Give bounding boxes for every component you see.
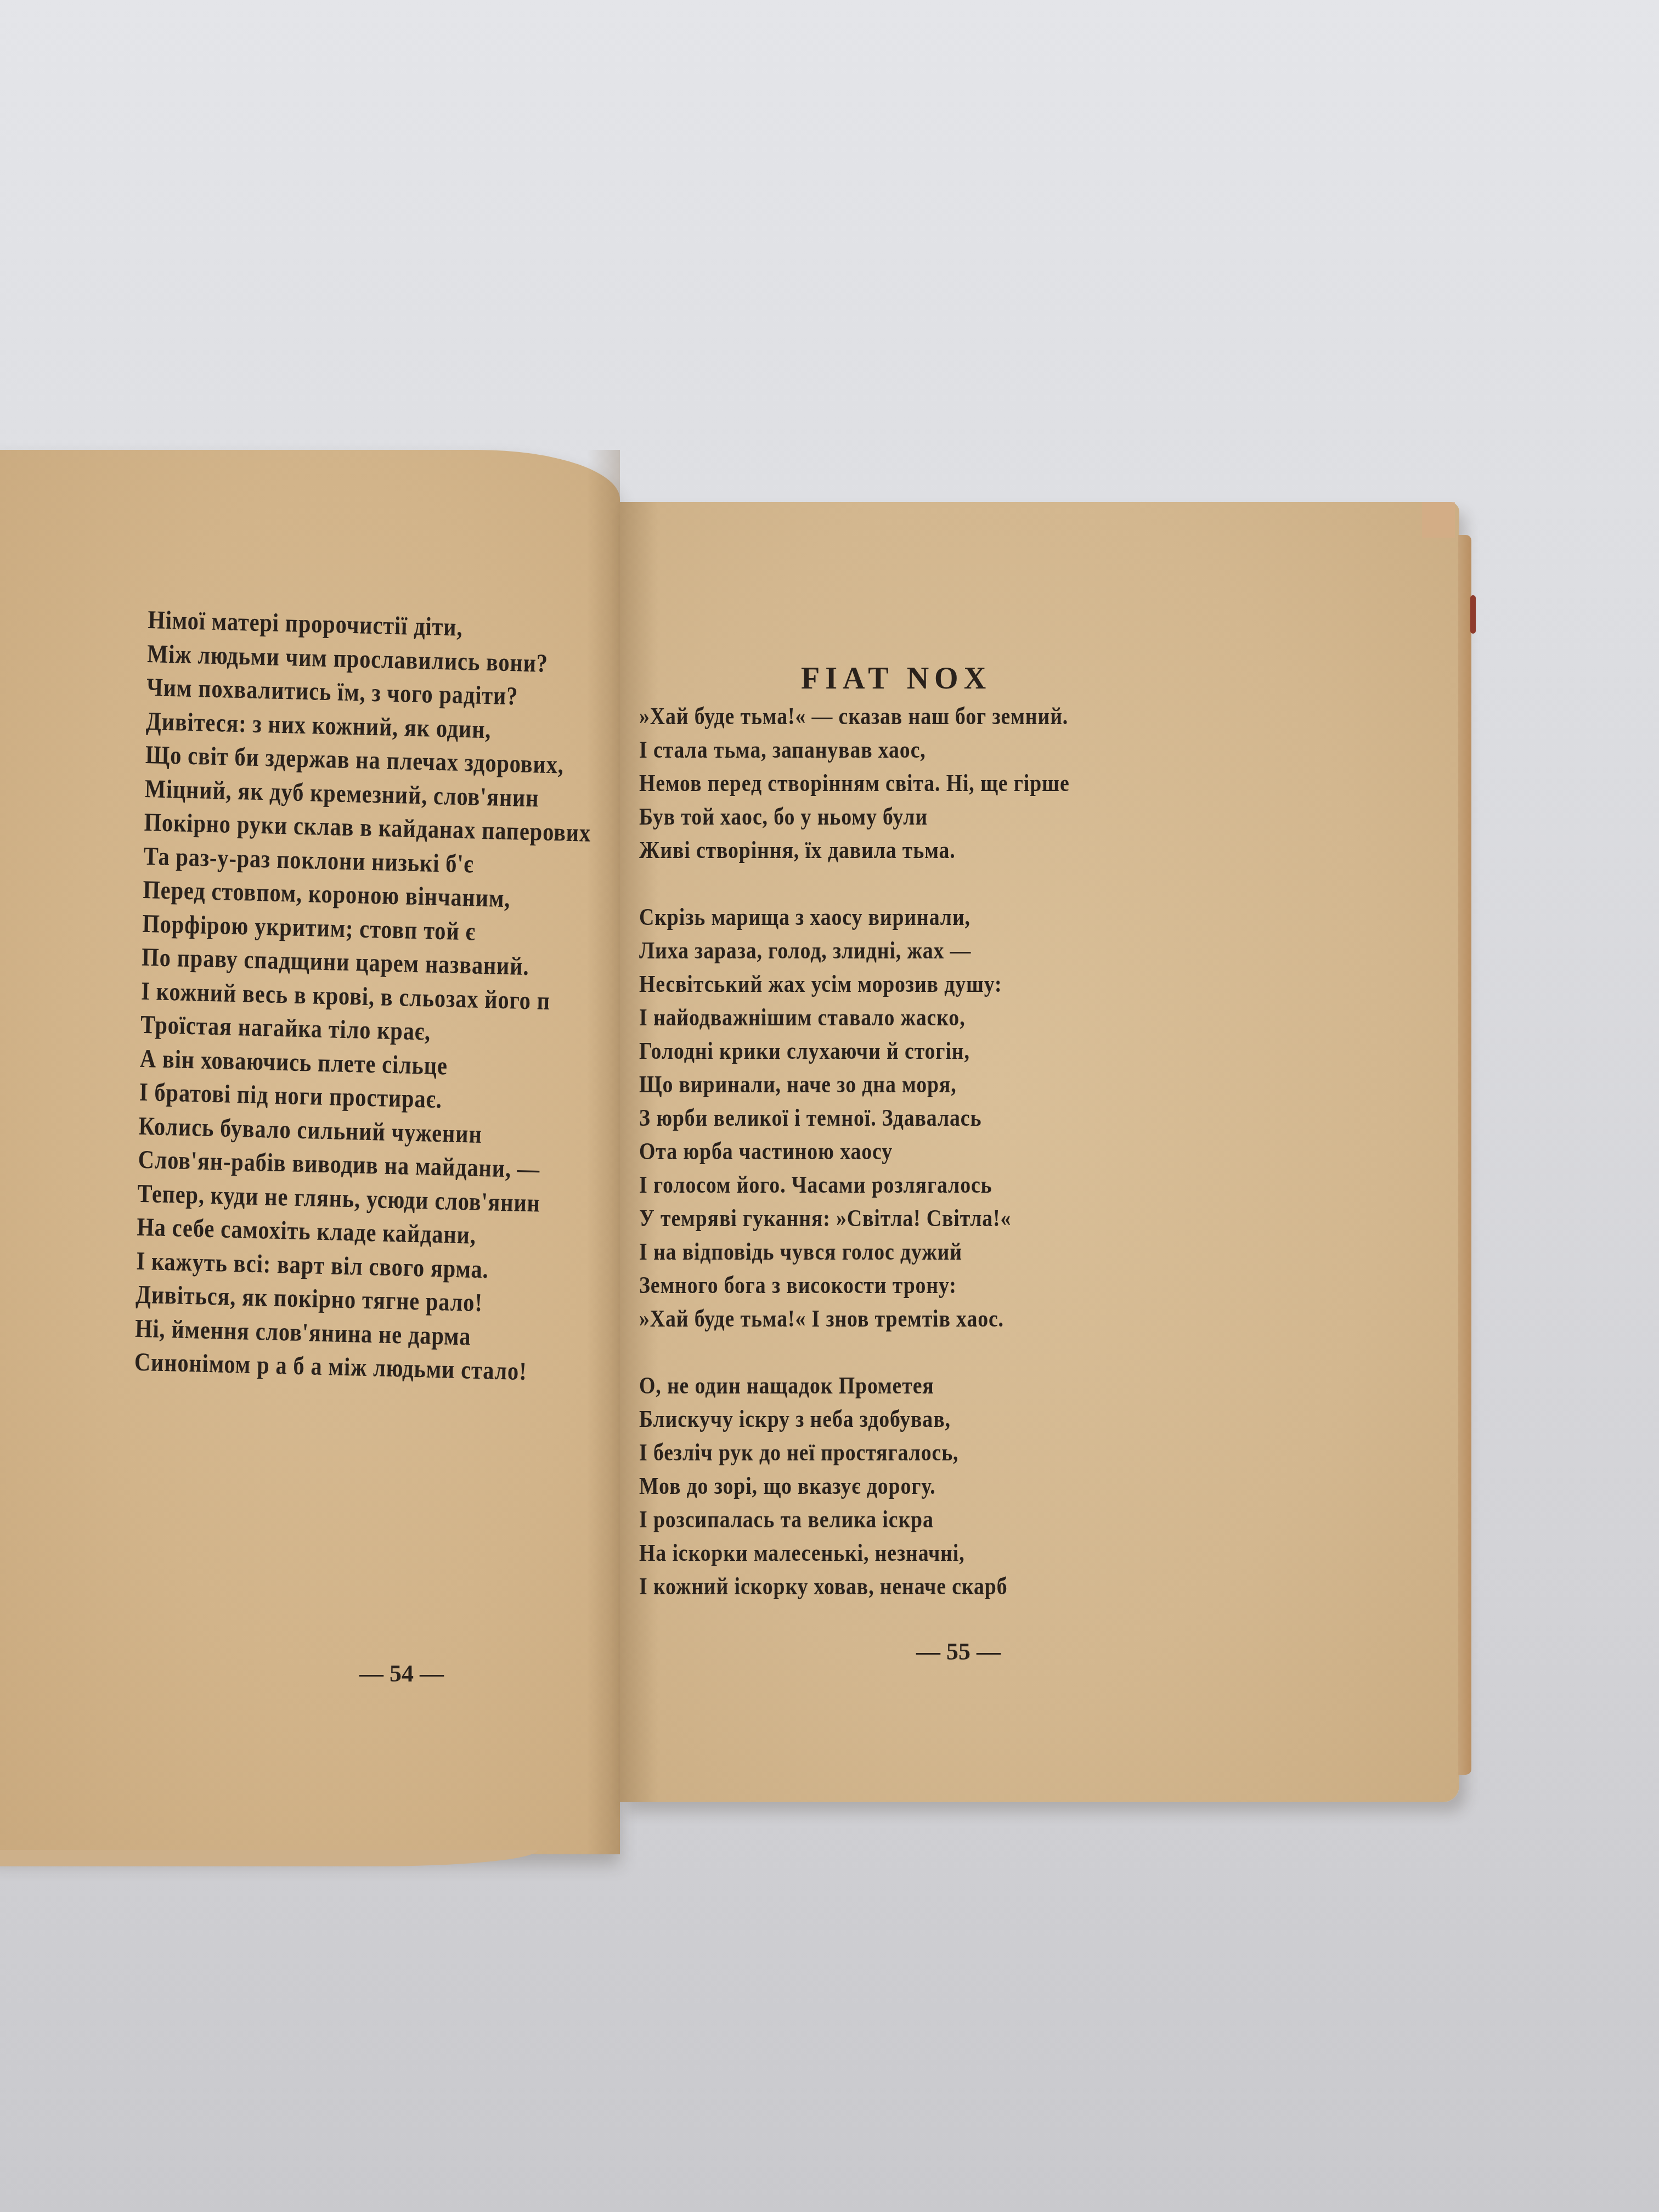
poem-line: І найодважнішим ставало жаско, — [639, 1001, 1070, 1034]
cover-red-edge — [1470, 595, 1476, 634]
poem-line: Ота юрба частиною хаосу — [639, 1135, 1070, 1168]
poem-line: Немов перед створінням світа. Ні, ще гір… — [639, 766, 1070, 800]
poem-line: І розсипалась та велика іскра — [639, 1503, 1070, 1536]
poem-line: Що виринали, наче зо дна моря, — [639, 1068, 1070, 1101]
poem-line: І стала тьма, запанував хаос, — [639, 733, 1070, 766]
poem-line: Мов до зорі, що вказує дорогу. — [639, 1469, 1070, 1503]
open-book: Німої матері пророчистії діти, Між людьм… — [0, 0, 1659, 2212]
page-corner-fold — [1422, 502, 1455, 538]
poem-line: І на відповідь чувся голос дужий — [639, 1235, 1070, 1268]
poem-line: »Хай буде тьма!« — сказав наш бог земний… — [639, 699, 1070, 733]
poem-line: О, не один нащадок Прометея — [639, 1369, 1070, 1402]
page-block-edge — [1458, 535, 1471, 1775]
poem-line: Блискучу іскру з неба здобував, — [639, 1402, 1070, 1436]
page-number-left: — 54 — — [359, 1660, 444, 1688]
poem-line: Був той хаос, бо у ньому були — [639, 800, 1070, 833]
stanza-3: О, не один нащадок Прометея Блискучу іск… — [639, 1369, 1070, 1603]
stanza-2: Скрізь марища з хаосу виринали, Лиха зар… — [639, 900, 1070, 1335]
poem-line: Скрізь марища з хаосу виринали, — [639, 900, 1070, 934]
poem-line: Несвітський жах усім морозив душу: — [639, 967, 1070, 1001]
page-number-right: — 55 — — [916, 1638, 1001, 1666]
poem-line: І кожний іскорку ховав, неначе скарб — [639, 1570, 1070, 1603]
poem-line: Голодні крики слухаючи й стогін, — [639, 1034, 1070, 1068]
poem-line: На іскорки малесенькі, незначні, — [639, 1536, 1070, 1570]
poem-line: І голосом його. Часами розлягалось — [639, 1168, 1070, 1201]
page-stack-edge — [0, 1850, 538, 1866]
poem-line: З юрби великої і темної. Здавалась — [639, 1101, 1070, 1135]
poem-title: FIAT NOX — [801, 661, 991, 696]
poem-line: Живі створіння, їх давила тьма. — [639, 833, 1070, 867]
poem-line: І безліч рук до неї простягалось, — [639, 1436, 1070, 1469]
right-page-poem: »Хай буде тьма!« — сказав наш бог земний… — [639, 699, 1070, 1603]
poem-line: У темряві гукання: »Світла! Світла!« — [639, 1201, 1070, 1235]
left-page-poem: Німої матері пророчистії діти, Між людьм… — [134, 603, 595, 1390]
stanza-1: »Хай буде тьма!« — сказав наш бог земний… — [639, 699, 1070, 867]
poem-line: »Хай буде тьма!« І знов тремтів хаос. — [639, 1302, 1070, 1335]
poem-line: Земного бога з високости трону: — [639, 1268, 1070, 1302]
poem-line: Лиха зараза, голод, злидні, жах — — [639, 934, 1070, 967]
